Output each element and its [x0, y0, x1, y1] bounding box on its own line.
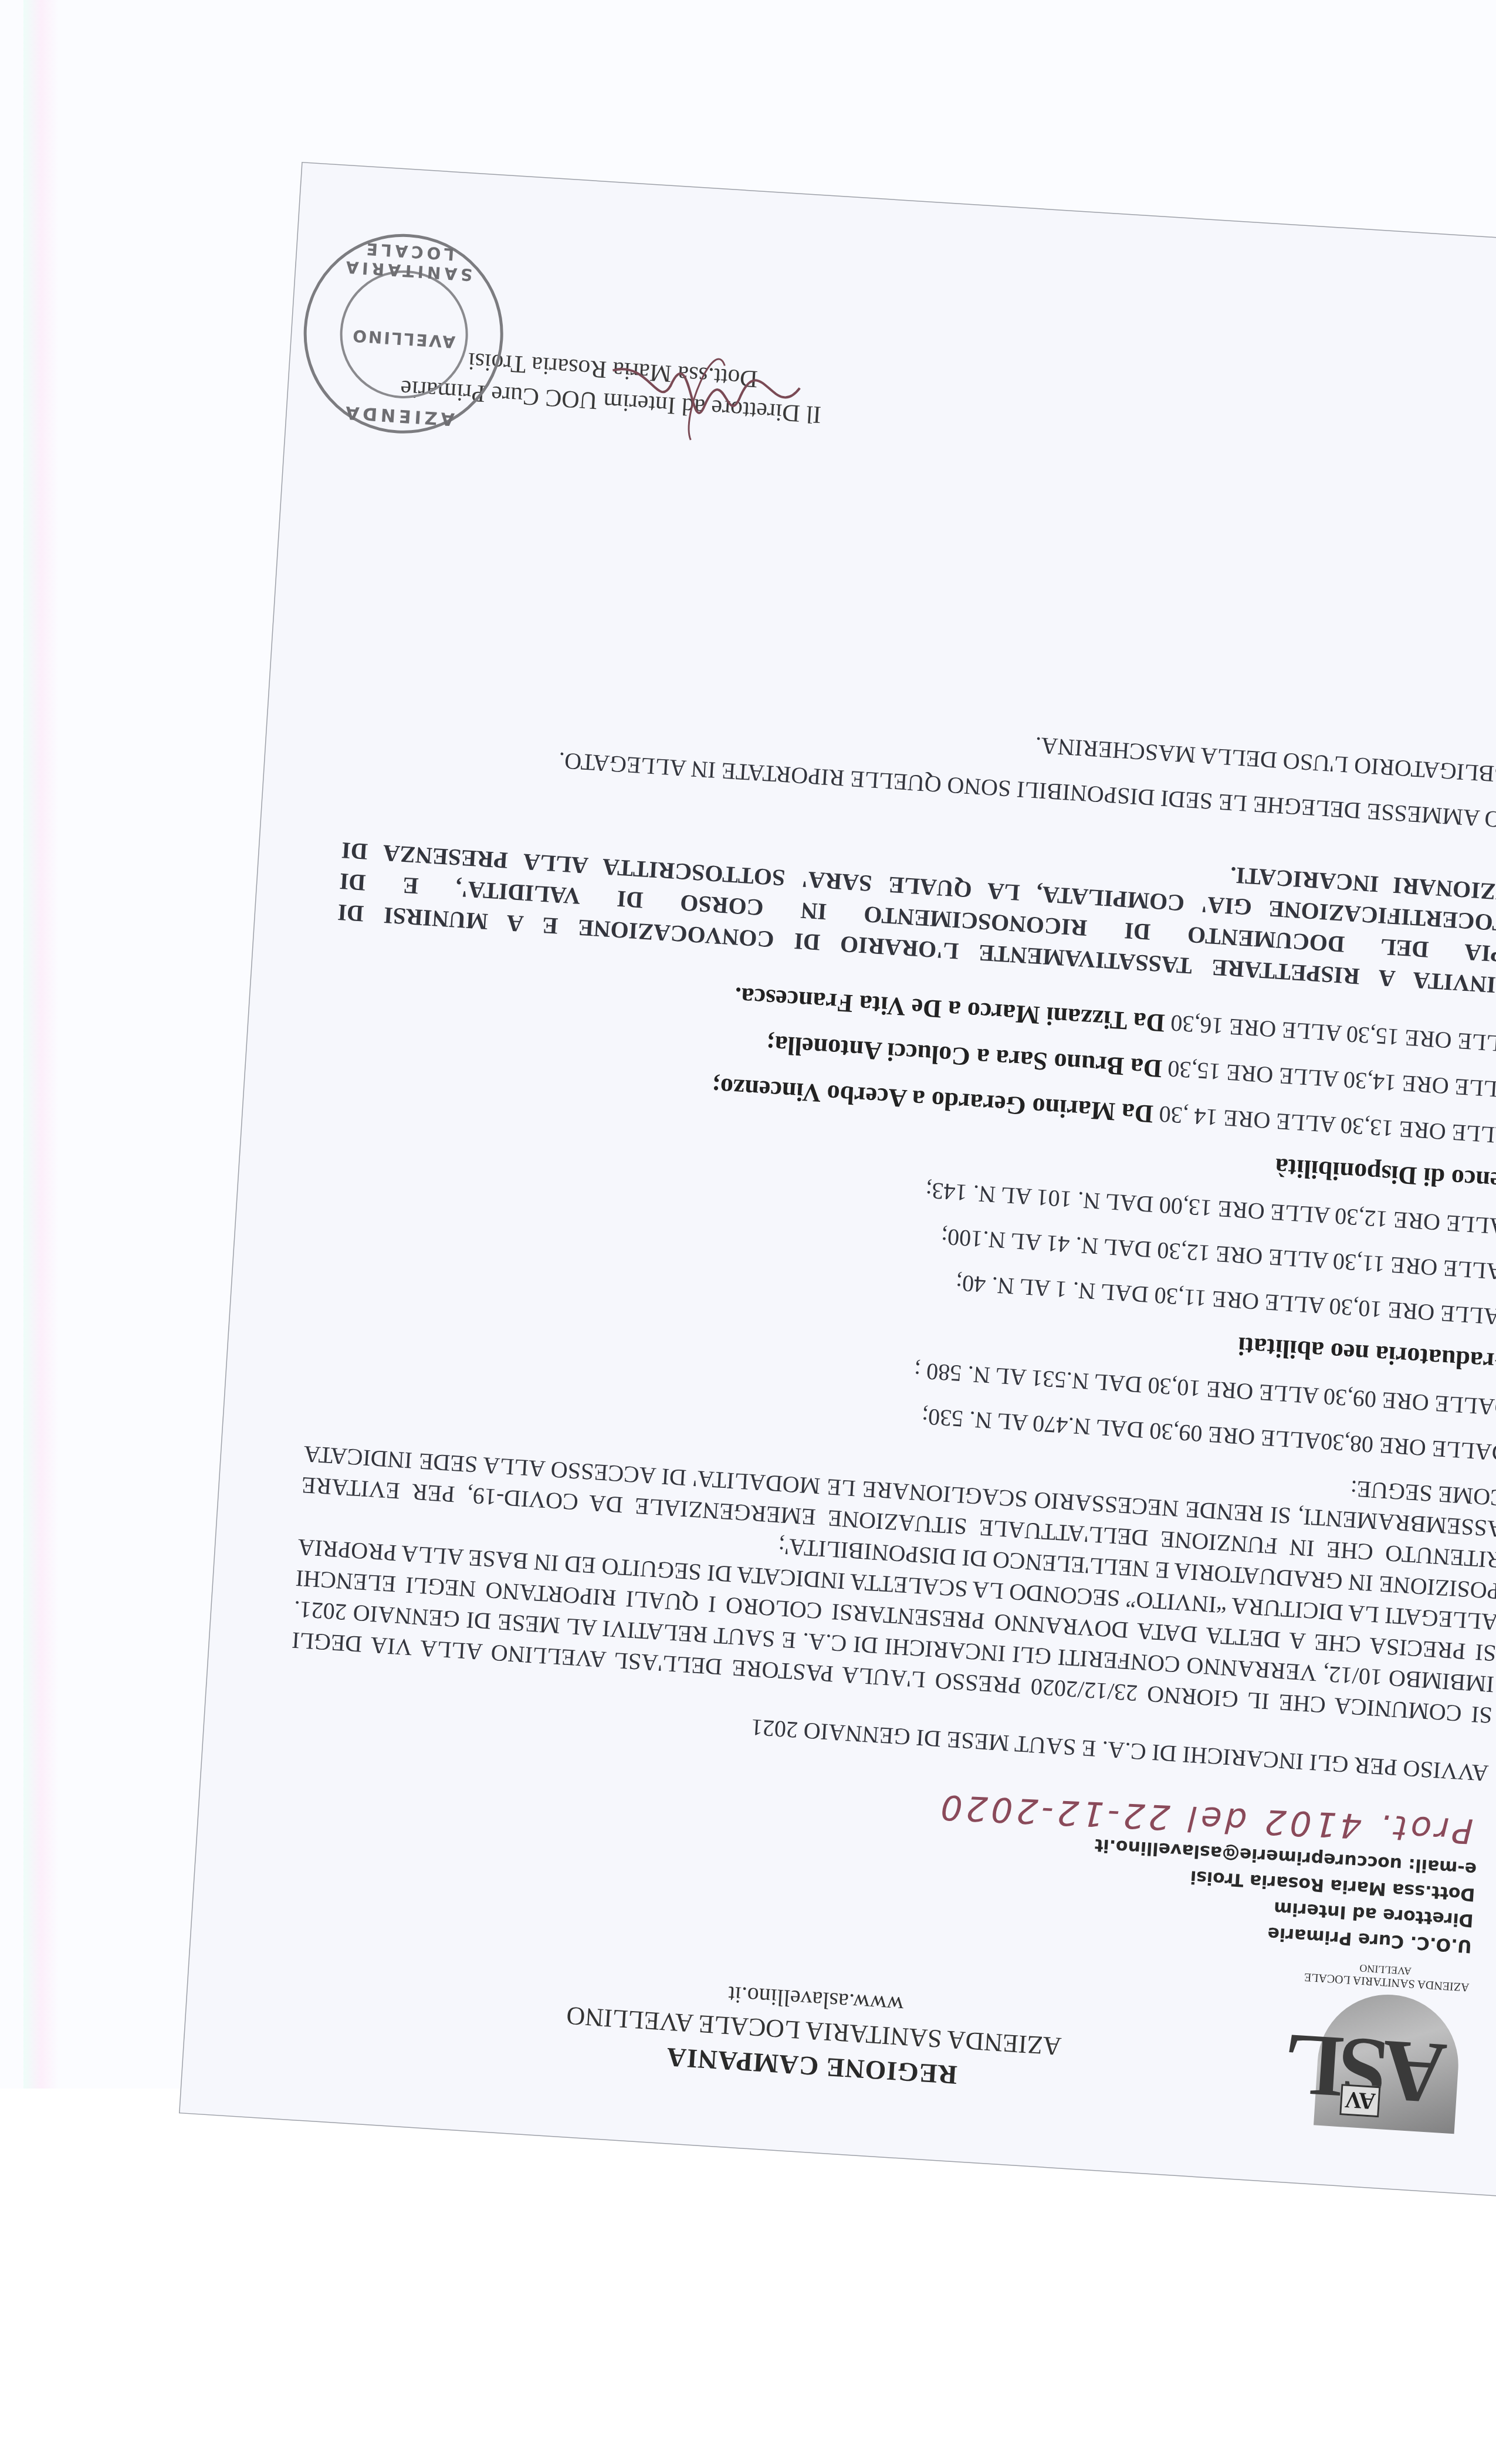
logo-badge: AV: [1340, 2084, 1381, 2117]
stamp-top-text: AZIENDA: [301, 399, 496, 432]
letterhead: REGIONE CAMPANIA AZIENDA SANITARIA LOCAL…: [547, 1969, 1080, 2098]
stamp-bottom-text: SANITARIA LOCALE: [310, 236, 506, 287]
handwritten-signature-icon: [596, 329, 814, 459]
notice-body: AVVISO PER GLI INCARICHI DI C.A. E SAUT …: [287, 687, 1496, 1789]
office-block: U.O.C. Cure Primarie Direttore ad Interi…: [1089, 1832, 1477, 1959]
asl-logo: ASL AV AZIENDA SANITARIA LOCALE AVELLINO: [1301, 1955, 1476, 2141]
document-page: ASL AV AZIENDA SANITARIA LOCALE AVELLINO…: [180, 163, 1496, 2198]
